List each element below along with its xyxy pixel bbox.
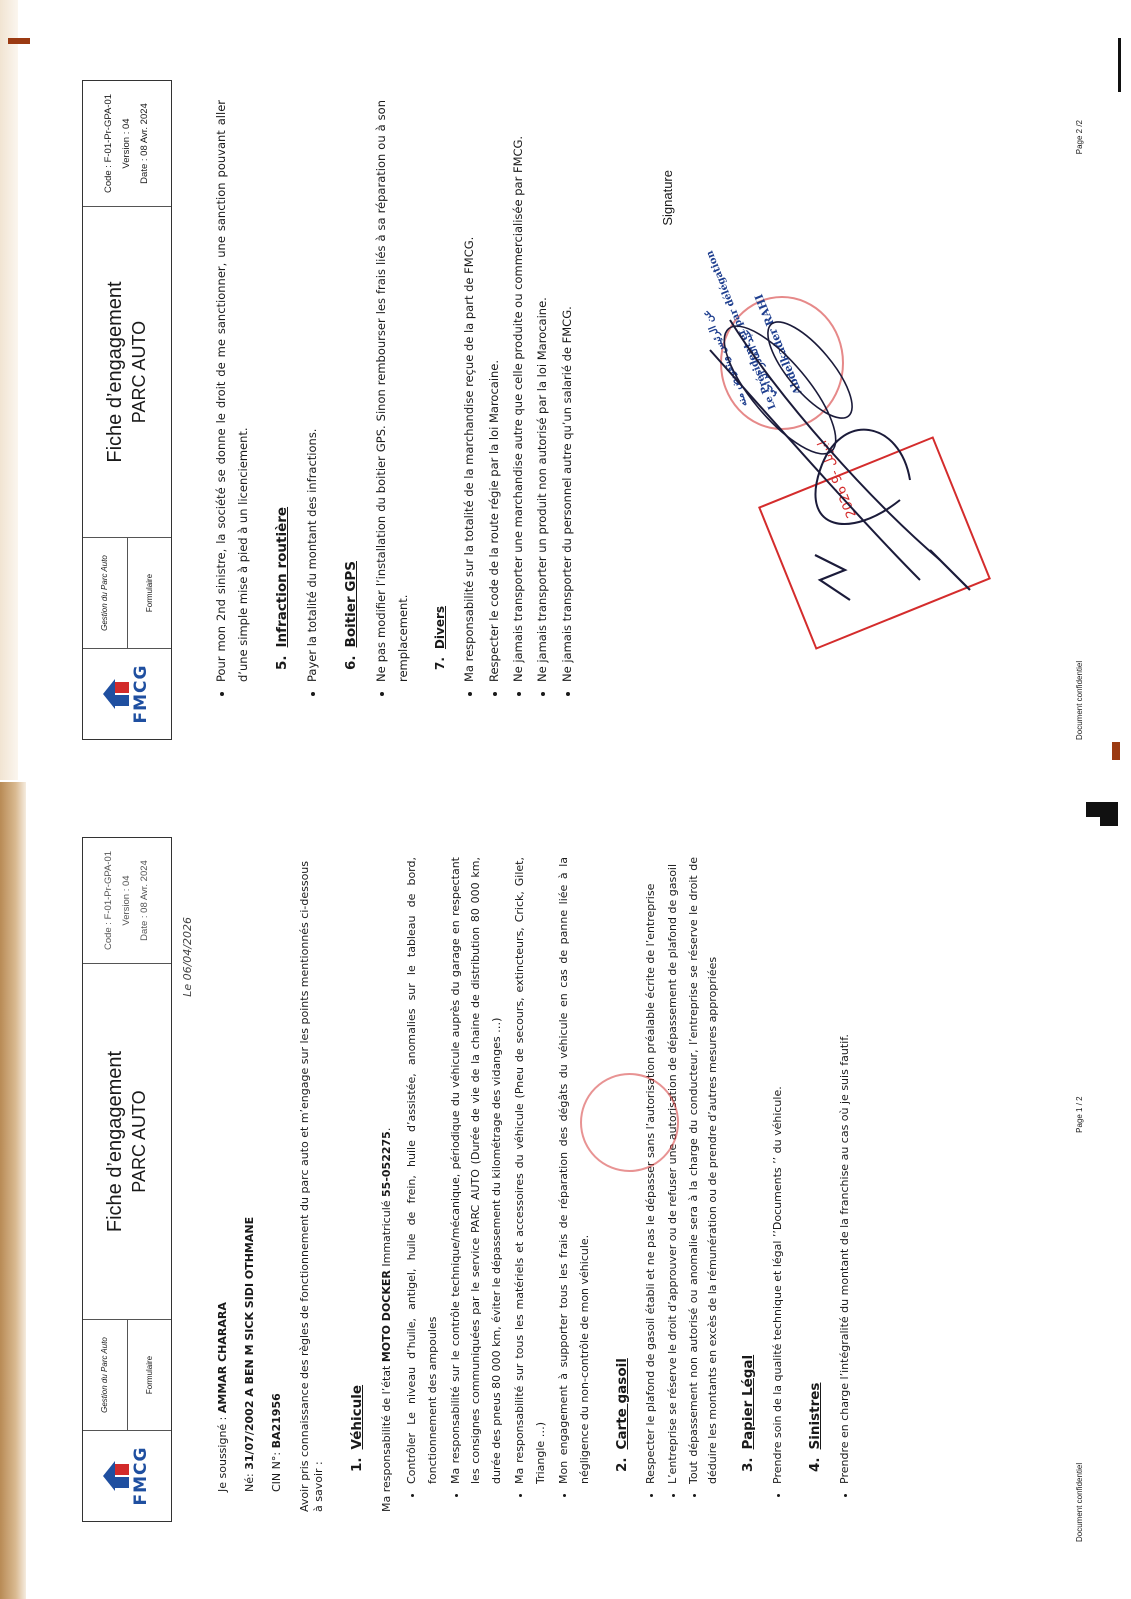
scan-edge <box>0 0 18 780</box>
house-icon <box>103 677 131 711</box>
vehicle-model: MOTO DOCKER <box>380 1270 393 1362</box>
document-subtitle: PARC AUTO <box>129 1090 150 1192</box>
scan-corner-mark <box>8 38 30 44</box>
scan-corner-mark <box>1112 742 1120 760</box>
document-subtitle: PARC AUTO <box>129 321 150 423</box>
list-item: Ma responsabilité sur le contrôle techni… <box>446 857 509 1484</box>
list-item: Ma responsabilité sur tous les matériels… <box>510 857 552 1484</box>
footer-confidential: Document confidentiel <box>1075 1463 1084 1542</box>
document-title: Fiche d’engagement <box>104 1051 127 1232</box>
brand-name: FMCG <box>131 665 151 724</box>
house-icon <box>103 1459 131 1493</box>
document-header: FMCG Gestion du Parc Auto Formulaire Fic… <box>82 80 172 740</box>
section-heading: 7.Divers <box>429 100 452 670</box>
list-item: Pour mon 2nd sinistre, la société se don… <box>210 100 255 682</box>
list-item: Ne jamais transporter un produit non aut… <box>531 100 553 682</box>
signature-label: Signature <box>660 170 675 226</box>
page-footer: Document confidentiel Page 2 /2 <box>1075 120 1084 740</box>
brand-name: FMCG <box>131 1447 151 1506</box>
list-item: Mon engagement à supporter tous les frai… <box>554 857 596 1484</box>
scan-page-1: FMCG Gestion du Parc Auto Formulaire Fic… <box>0 782 1131 1599</box>
page-number: Page 2 /2 <box>1075 120 1084 154</box>
document-header: FMCG Gestion du Parc Auto Formulaire Fic… <box>82 837 172 1522</box>
list-item: Payer la totalité du montant des infract… <box>301 100 323 682</box>
page-number: Page 1 / 2 <box>1075 1096 1084 1132</box>
doc-date: Date : 08 Avr. 2024 <box>136 103 154 184</box>
list-item: Prendre en charge l’intégralité du monta… <box>835 857 856 1484</box>
document-title: Fiche d’engagement <box>104 281 127 462</box>
cin-number: BA21956 <box>270 1393 283 1448</box>
doc-code: Code : F-01-Pr-GPA-01 <box>100 94 118 193</box>
list-item: Prendre soin de la qualité technique et … <box>768 857 789 1484</box>
undersigned-label: Je soussigné : <box>216 1413 229 1492</box>
doc-date: Date : 08 Avr. 2024 <box>136 860 154 941</box>
list-item: Ne pas modifier l’installation du boitie… <box>370 100 415 682</box>
doc-type-label: Formulaire <box>128 1320 172 1430</box>
list-item: Respecter le code de la route régie par … <box>483 100 505 682</box>
intro-paragraph: Avoir pris connaissance des règles de fo… <box>298 857 328 1512</box>
list-item: Ma responsabilité sur la totalité de la … <box>458 100 480 682</box>
page-footer: Document confidentiel Page 1 / 2 <box>1075 877 1084 1542</box>
cin-label: CIN N°: <box>270 1448 283 1492</box>
list-item: Contrôler Le niveau d’huile, antigel, hu… <box>402 857 444 1484</box>
footer-confidential: Document confidentiel <box>1075 661 1084 740</box>
list-item: L’entreprise se réserve le droit d’appro… <box>663 857 682 1484</box>
list-item: Ne jamais transporter du personnel autre… <box>556 100 578 682</box>
section-heading: 6.Boitier GPS <box>338 100 364 670</box>
page-sheet: FMCG Gestion du Parc Auto Formulaire Fic… <box>60 817 1100 1562</box>
doc-version: Version : 04 <box>118 875 136 925</box>
list-item: Respecter le plafond de gasoil établi et… <box>641 857 660 1484</box>
undersigned-name: AMMAR CHARARA <box>216 1302 229 1413</box>
page2-content: Pour mon 2nd sinistre, la société se don… <box>210 100 580 710</box>
scan-edge <box>0 782 26 1599</box>
section-heading: 5.Infraction routière <box>269 100 295 670</box>
identity-block: Je soussigné : AMMAR CHARARA Né: 31/07/2… <box>213 857 288 1492</box>
birth-info: 31/07/2002 A BEN M SICK SIDI OTHMANE <box>243 1217 256 1470</box>
section-heading: 3.Papier Légal <box>736 857 762 1472</box>
vehicle-plate: 55-052275 <box>380 1131 393 1197</box>
handwritten-signature <box>670 290 1000 620</box>
doc-type-label: Formulaire <box>128 538 172 648</box>
doc-code: Code : F-01-Pr-GPA-01 <box>100 851 118 950</box>
page1-content: Le 06/04/2026 Je soussigné : AMMAR CHARA… <box>178 857 858 1512</box>
company-logo: FMCG <box>83 1430 171 1521</box>
born-label: Né: <box>243 1470 256 1492</box>
scan-page-2: FMCG Gestion du Parc Auto Formulaire Fic… <box>0 0 1131 780</box>
section-heading: 1.Véhicule <box>345 857 371 1472</box>
scan-edge-line <box>1118 38 1121 92</box>
department-label: Gestion du Parc Auto <box>83 538 128 648</box>
company-logo: FMCG <box>83 648 171 739</box>
round-stamp-faint <box>580 1073 679 1172</box>
doc-version: Version : 04 <box>118 118 136 168</box>
page-sheet: FMCG Gestion du Parc Auto Formulaire Fic… <box>60 60 1100 760</box>
letter-date: Le 06/04/2026 <box>178 917 199 1512</box>
list-item: Tout dépassement non autorisé ou anomali… <box>684 857 723 1484</box>
department-label: Gestion du Parc Auto <box>83 1320 128 1430</box>
vehicle-statement: Ma responsabilité de l’état MOTO DOCKER … <box>377 857 398 1512</box>
section-heading: 4.Sinistres <box>803 857 829 1472</box>
list-item: Ne jamais transporter une marchandise au… <box>507 100 529 682</box>
